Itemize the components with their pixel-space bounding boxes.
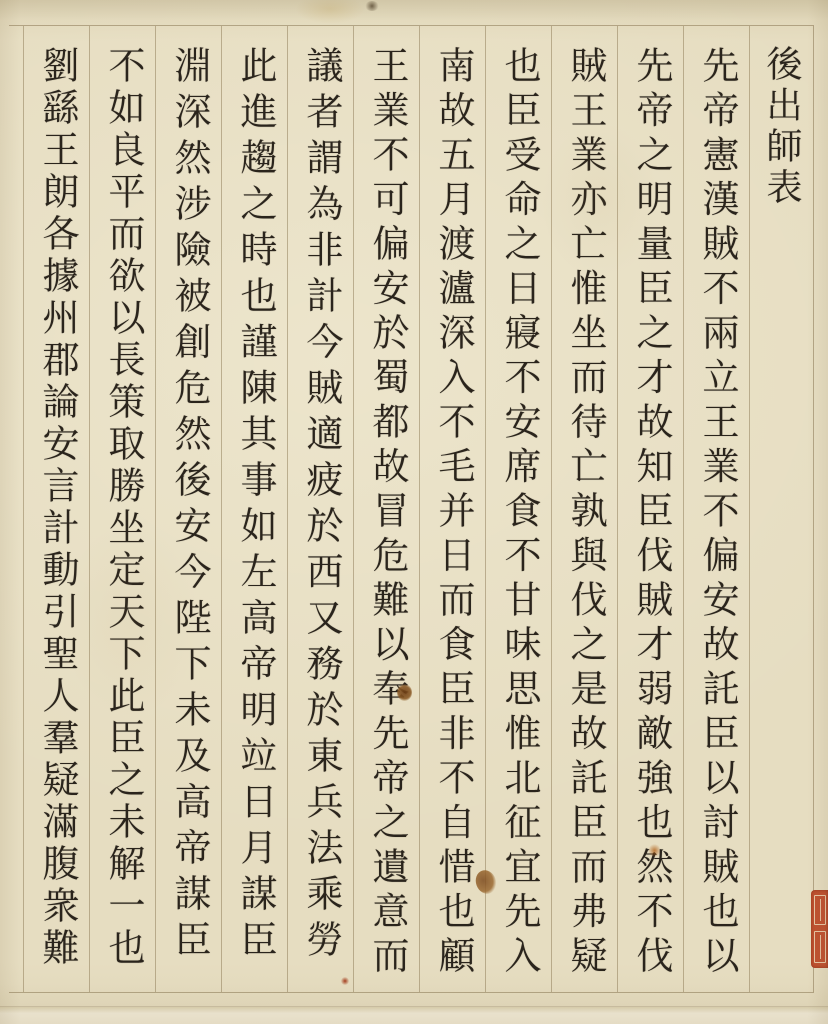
seal-glyph-top [814, 895, 826, 925]
red-seal [811, 890, 828, 968]
text-column-3: 賊王業亦亡惟坐而待亡孰與伐之是故託臣而弗疑 [551, 26, 617, 992]
text-column-2: 先帝之明量臣之才故知臣伐賊才弱敵強也然不伐 [617, 26, 683, 992]
text-column-5: 南故五月渡瀘深入不毛并日而食臣非不自惜也顧 [419, 26, 485, 992]
paper-stain [365, 1, 379, 11]
seal-glyph-bottom [814, 931, 826, 963]
title-column: 後出師表 [749, 26, 813, 992]
mounting-strip [0, 1006, 828, 1024]
text-column-11: 劉繇王朗各據州郡論安言計動引聖人羣疑滿腹衆難 [23, 26, 89, 992]
paper-stain [295, 0, 365, 24]
manuscript-grid: 後出師表 先帝憲漢賊不兩立王業不偏安故託臣以討賊也以先帝之明量臣之才故知臣伐賊才… [9, 25, 814, 993]
text-column-9: 淵深然涉險被創危然後安今陛下未及高帝謀臣 [155, 26, 221, 992]
text-column-7: 議者謂為非計今賊適疲於西又務於東兵法乘勞 [287, 26, 353, 992]
text-column-8: 此進趨之時也謹陳其事如左高帝明竝日月謀臣 [221, 26, 287, 992]
manuscript-page: 後出師表 先帝憲漢賊不兩立王業不偏安故託臣以討賊也以先帝之明量臣之才故知臣伐賊才… [0, 0, 828, 1024]
text-column-1: 先帝憲漢賊不兩立王業不偏安故託臣以討賊也以 [683, 26, 749, 992]
text-column-10: 不如良平而欲以長策取勝坐定天下此臣之未解一也 [89, 26, 155, 992]
text-column-6: 王業不可偏安於蜀都故冒危難以奉先帝之遺意而 [353, 26, 419, 992]
text-column-4: 也臣受命之日寢不安席食不甘味思惟北征宜先入 [485, 26, 551, 992]
